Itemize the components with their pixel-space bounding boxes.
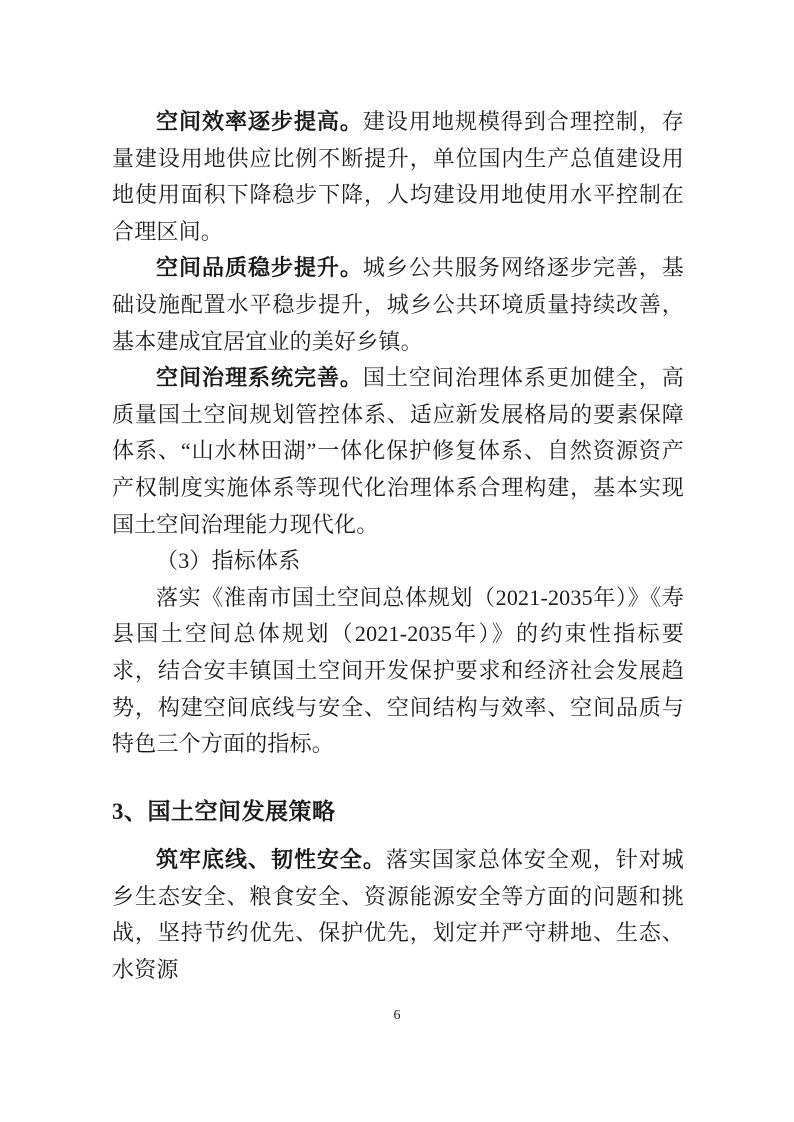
paragraph-text: 落实《淮南市国土空间总体规划（2021-2035年）》《寿县国土空间总体规划（2… xyxy=(112,585,684,756)
subheading-indicator-system: （3）指标体系 xyxy=(112,543,684,580)
paragraph-bottom-line-safety: 筑牢底线、韧性安全。落实国家总体安全观，针对城乡生态安全、粮食安全、资源能源安全… xyxy=(112,842,684,988)
paragraph-space-quality: 空间品质稳步提升。城乡公共服务网络逐步完善，基础设施配置水平稳步提升，城乡公共环… xyxy=(112,250,684,360)
paragraph-text: （3）指标体系 xyxy=(156,548,300,573)
paragraph-text: 国土空间治理体系更加健全，高质量国土空间规划管控体系、适应新发展格局的要素保障体… xyxy=(112,365,684,536)
paragraph-indicator-detail: 落实《淮南市国土空间总体规划（2021-2035年）》《寿县国土空间总体规划（2… xyxy=(112,580,684,763)
section-heading-development-strategy: 3、国土空间发展策略 xyxy=(112,794,684,831)
page-number: 6 xyxy=(0,1008,794,1024)
paragraph-lead: 空间效率逐步提高。 xyxy=(156,109,363,134)
paragraph-lead: 空间品质稳步提升。 xyxy=(156,255,363,280)
document-body: 空间效率逐步提高。建设用地规模得到合理控制，存量建设用地供应比例不断提升，单位国… xyxy=(112,104,684,989)
paragraph-lead: 空间治理系统完善。 xyxy=(156,365,363,390)
paragraph-space-efficiency: 空间效率逐步提高。建设用地规模得到合理控制，存量建设用地供应比例不断提升，单位国… xyxy=(112,104,684,250)
document-page: 空间效率逐步提高。建设用地规模得到合理控制，存量建设用地供应比例不断提升，单位国… xyxy=(0,0,794,1122)
paragraph-lead: 筑牢底线、韧性安全。 xyxy=(156,847,386,872)
paragraph-space-governance: 空间治理系统完善。国土空间治理体系更加健全，高质量国土空间规划管控体系、适应新发… xyxy=(112,360,684,543)
